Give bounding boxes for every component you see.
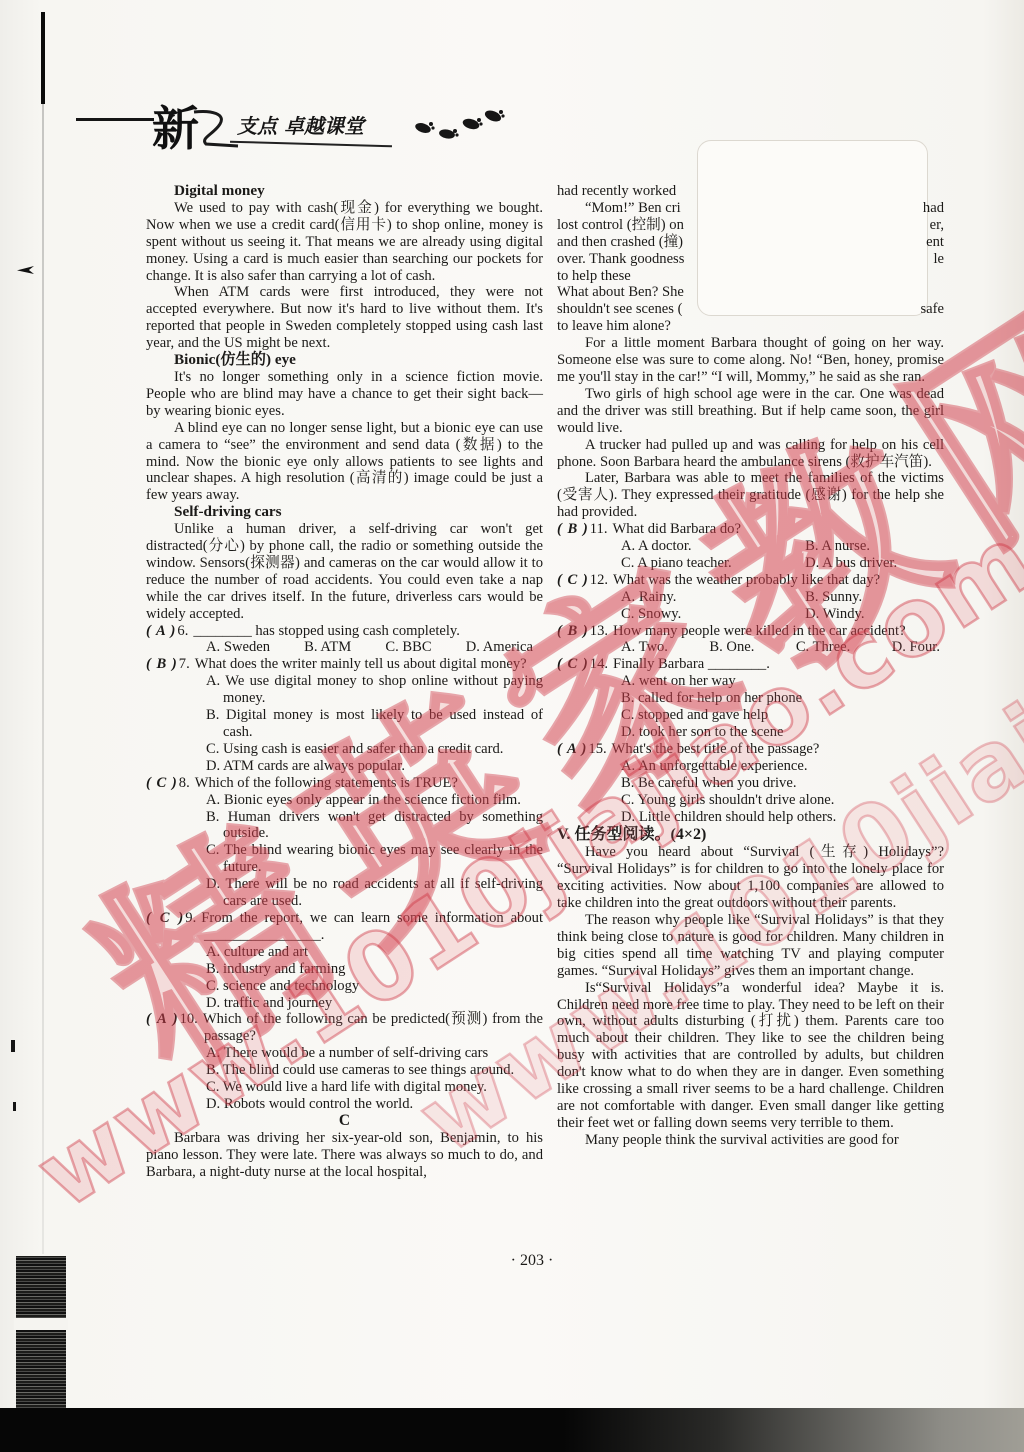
fragment-right: er, [930,217,944,234]
question-6-options: A. Sweden B. ATM C. BBC D. America [146,639,543,656]
fragment-line: to help these [557,268,944,285]
scanned-workbook-page: { "header": { "logo_xin": "新", "logo_tag… [0,0,1024,1452]
fragment-left: lost control (控制) on [557,217,684,234]
page-number: · 203 · [0,1252,1024,1270]
option: D. A bus driver. [805,555,944,572]
option: D. Windy. [805,606,944,623]
option: A. We use digital money to shop online w… [206,673,543,707]
question-number: 9. [185,910,196,926]
scan-corner-gap [14,1318,68,1330]
option: B. industry and farming [206,961,543,978]
paragraph-survival-3: Is“Survival Holidays”a wonderful idea? M… [557,980,944,1132]
option: B. Be careful when you drive. [621,775,944,792]
question-11-options: A. A doctor. B. A nurse. C. A piano teac… [557,538,944,572]
option: C. Three. [796,639,850,656]
answer-key: ( B ) [146,656,178,672]
fragment-left: “Mom!” Ben cri [557,200,681,217]
fragment-line: had recently worked [557,183,944,200]
question-8: ( C )8.Which of the following statements… [146,775,543,792]
option: A. A doctor. [621,538,805,555]
fragment-right: safe [921,301,945,318]
option: B. called for help on her phone [621,690,944,707]
question-14-options: A. went on her way B. called for help on… [557,673,944,741]
question-9: ( C )9.From the report, we can learn som… [146,910,543,944]
heading-bionic-eye: Bionic(仿生的) eye [146,352,543,369]
option: D. America [466,639,533,656]
passage-c-heading: C [146,1113,543,1130]
option: B. Sunny. [805,589,944,606]
fragment-left: over. Thank goodness [557,251,684,268]
question-number: 13. [590,623,608,639]
answer-key: ( B ) [557,623,589,639]
question-15: ( A )15.What's the best title of the pas… [557,741,944,758]
scan-edge-line [41,12,45,104]
option: A. An unforgettable experience. [621,758,944,775]
question-text: Which of the following can be predicted(… [203,1011,543,1044]
paragraph-bionic-2: A blind eye can no longer sense light, b… [146,420,543,505]
paragraph-survival-2: The reason why people like “Survival Hol… [557,912,944,980]
option: D. took her son to the scene [621,724,944,741]
option: D. There will be no road accidents at al… [206,876,543,910]
margin-dash-mark [11,1040,15,1052]
option: B. Human drivers won't get distracted by… [206,809,543,843]
option: C. BBC [385,639,431,656]
answer-key: ( A ) [557,741,587,757]
fragment-left: to leave him alone? [557,318,671,335]
fragment-left: to help these [557,268,631,285]
fragment-right: le [933,251,944,268]
question-10: ( A )10.Which of the following can be pr… [146,1011,543,1045]
option: D. ATM cards are always popular. [206,758,543,775]
option: C. A piano teacher. [621,555,805,572]
question-8-options: A. Bionic eyes only appear in the scienc… [146,792,543,910]
right-column: had recently worked “Mom!” Ben crihad lo… [557,183,944,1149]
fragment-left: shouldn't see scenes ( [557,301,682,318]
footprints-icon [413,104,505,148]
paragraph-later: Later, Barbara was able to meet the fami… [557,470,944,521]
question-14: ( C )14.Finally Barbara ________. [557,656,944,673]
scan-fold-line [42,104,44,1254]
question-number: 10. [180,1011,198,1027]
option: D. Robots would control the world. [206,1096,543,1113]
fragment-line: shouldn't see scenes (safe [557,301,944,318]
question-text: What did Barbara do? [612,521,740,537]
question-text: What was the weather probably like that … [613,572,880,588]
option: B. The blind could use cameras to see th… [206,1062,543,1079]
fragment-left: had recently worked [557,183,676,200]
left-column: Digital money We used to pay with cash(现… [146,183,543,1180]
paragraph-atm: When ATM cards were first introduced, th… [146,284,543,352]
paragraph-barbara: Barbara was driving her six-year-old son… [146,1130,543,1181]
paragraph-survival-1: Have you heard about “Survival (生存) Holi… [557,844,944,912]
logo-rule-left [76,118,154,121]
fragment-right: ent [926,234,944,251]
heading-digital-money: Digital money [146,183,543,200]
option: C. science and technology [206,978,543,995]
paragraph-bionic-1: It's no longer something only in a scien… [146,369,543,420]
paragraph-cash: We used to pay with cash(现金) for everyth… [146,200,543,285]
fragment-line: What about Ben? She [557,284,944,301]
option: A. Bionic eyes only appear in the scienc… [206,792,543,809]
option: C. Using cash is easier and safer than a… [206,741,543,758]
question-number: 8. [179,775,190,791]
question-13: ( B )13.How many people were killed in t… [557,623,944,640]
question-11: ( B )11.What did Barbara do? [557,521,944,538]
logo-rule-right [230,141,392,148]
option: B. A nurse. [805,538,944,555]
answer-key: ( C ) [146,910,184,926]
option: A. culture and art [206,944,543,961]
option: B. One. [709,639,754,656]
option: B. Digital money is most likely to be us… [206,707,543,741]
fragment-line: lost control (控制) oner, [557,217,944,234]
heading-self-driving: Self-driving cars [146,504,543,521]
question-6: ( A )6.________ has stopped using cash c… [146,623,543,640]
question-10-options: A. There would be a number of self-drivi… [146,1045,543,1113]
option: B. ATM [304,639,351,656]
paragraph-survival-4: Many people think the survival activitie… [557,1132,944,1149]
question-7: ( B )7.What does the writer mainly tell … [146,656,543,673]
scan-bottom-shadow [0,1408,1024,1452]
option: C. Snowy. [621,606,805,623]
fragment-line: and then crashed (撞)ent [557,234,944,251]
question-number: 14. [590,656,608,672]
question-number: 11. [590,521,608,537]
fragment-line: to leave him alone? [557,318,944,335]
paragraph-moment: For a little moment Barbara thought of g… [557,335,944,386]
fragment-line: “Mom!” Ben crihad [557,200,944,217]
question-13-options: A. Two. B. One. C. Three. D. Four. [557,639,944,656]
question-12: ( C )12.What was the weather probably li… [557,572,944,589]
fragment-left: What about Ben? She [557,284,684,301]
fragment-right: had [923,200,944,217]
option: A. went on her way [621,673,944,690]
option: C. The blind wearing bionic eyes may see… [206,842,543,876]
option: A. Two. [621,639,668,656]
question-text: What's the best title of the passage? [612,741,820,757]
option: D. Little children should help others. [621,809,944,826]
question-15-options: A. An unforgettable experience. B. Be ca… [557,758,944,826]
answer-key: ( A ) [146,623,176,639]
question-number: 12. [590,572,608,588]
answer-key: ( C ) [146,775,178,791]
paragraph-girls: Two girls of high school age were in the… [557,386,944,437]
question-text: What does the writer mainly tell us abou… [195,656,527,672]
question-7-options: A. We use digital money to shop online w… [146,673,543,774]
option: A. Sweden [206,639,270,656]
question-text: Finally Barbara ________. [613,656,770,672]
option: D. traffic and journey [206,995,543,1012]
option: C. stopped and gave help [621,707,944,724]
answer-key: ( C ) [557,572,589,588]
answer-key: ( A ) [146,1011,179,1027]
fragment-left: and then crashed (撞) [557,234,683,251]
option: A. There would be a number of self-drivi… [206,1045,543,1062]
answer-key: ( C ) [557,656,589,672]
question-number: 6. [177,623,188,639]
option: C. Young girls shouldn't drive alone. [621,792,944,809]
fragment-line: over. Thank goodnessle [557,251,944,268]
option: D. Four. [892,639,940,656]
logo-swoosh-icon [192,108,240,150]
answer-key: ( B ) [557,521,589,537]
option: C. We would live a hard life with digita… [206,1079,543,1096]
brand-tagline: 支点 卓越课堂 [237,110,364,139]
margin-mark-icon [17,266,34,274]
question-number: 7. [179,656,190,672]
paragraph-self-driving: Unlike a human driver, a self-driving ca… [146,521,543,622]
question-12-options: A. Rainy. B. Sunny. C. Snowy. D. Windy. [557,589,944,623]
margin-dash-mark [13,1102,16,1111]
question-text: From the report, we can learn some infor… [201,910,543,943]
paragraph-trucker: A trucker had pulled up and was calling … [557,437,944,471]
question-9-options: A. culture and art B. industry and farmi… [146,944,543,1012]
question-number: 15. [588,741,606,757]
question-text: ________ has stopped using cash complete… [193,623,460,639]
section-v-heading: V. 任务型阅读。(4×2) [557,827,944,844]
question-text: How many people were killed in the car a… [613,623,906,639]
question-text: Which of the following statements is TRU… [195,775,458,791]
option: A. Rainy. [621,589,805,606]
